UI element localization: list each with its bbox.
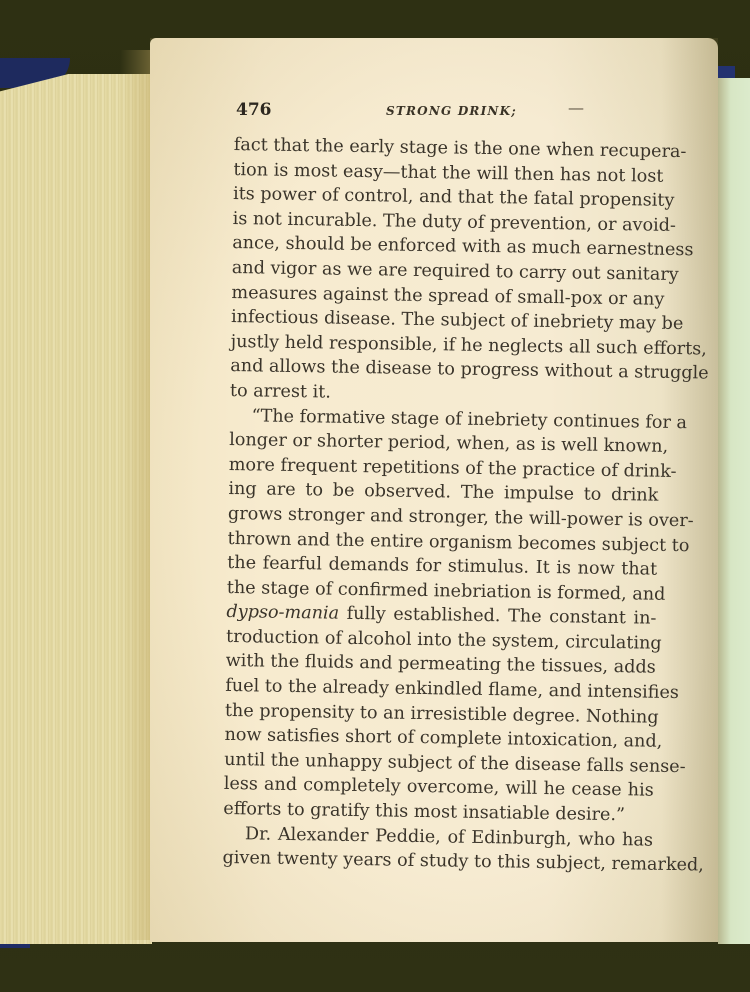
facing-page-edge — [718, 78, 750, 944]
running-head: STRONG DRINK; — [386, 104, 517, 118]
text-fragment: fully established. The constant in- — [339, 604, 657, 629]
body-text: fact that the early stage is the one whe… — [222, 133, 664, 877]
page-header: 476 STRONG DRINK; — — [236, 100, 656, 124]
running-head-dash: — — [568, 98, 584, 117]
italic-term: dypso-mania — [226, 602, 339, 624]
page-number: 476 — [236, 100, 272, 120]
